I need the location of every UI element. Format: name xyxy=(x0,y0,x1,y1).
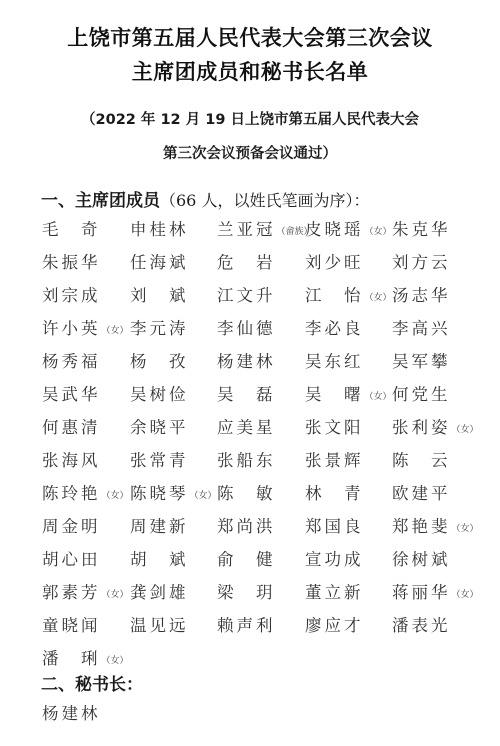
section1-heading-label: 一、主席团成员 xyxy=(41,191,160,211)
member-name-text: 刘宗成 xyxy=(42,286,101,305)
document-subtitle-line1: （2022 年 12 月 19 日上饶市第五届人民代表大会 xyxy=(0,108,500,129)
member-name: 吴武华 xyxy=(42,383,101,407)
member-name: 蒋丽华（女） xyxy=(392,581,479,607)
member-note: （女） xyxy=(452,524,479,534)
section1-heading: 一、主席团成员（66 人，以姓氏笔画为序）： xyxy=(41,186,369,211)
member-row: 杨秀福杨 孜杨建林吴东红吴军攀 xyxy=(42,350,500,383)
member-row: 朱振华任海斌危 岩刘少旺刘方云 xyxy=(42,251,500,284)
member-name: 董立新 xyxy=(305,581,364,605)
member-name: 陈 敏 xyxy=(217,482,276,506)
member-name: 吴东红 xyxy=(305,350,364,374)
member-name: 吴 曙（女） xyxy=(305,383,392,409)
member-name-text: 李必良 xyxy=(305,319,364,338)
member-name-text: 何党生 xyxy=(392,385,451,404)
member-row: 胡心田胡 斌俞 健宣功成徐树斌 xyxy=(42,548,500,581)
member-name-text: 胡心田 xyxy=(42,550,101,569)
member-name-text: 许小英 xyxy=(42,319,101,338)
member-note: （女） xyxy=(365,227,392,237)
document-title-line1: 上饶市第五届人民代表大会第三次会议 xyxy=(0,22,500,52)
member-name: 温见远 xyxy=(130,614,189,638)
member-name-text: 陈 敏 xyxy=(217,484,276,503)
member-name: 江文升 xyxy=(217,284,276,308)
member-name-text: 申桂林 xyxy=(130,220,189,239)
member-name: 朱振华 xyxy=(42,251,101,275)
member-name-text: 吴 磊 xyxy=(217,385,276,404)
member-name-text: 任海斌 xyxy=(130,253,189,272)
member-note: （女） xyxy=(365,293,392,303)
member-name-text: 吴 曙 xyxy=(305,385,364,404)
member-name-text: 江 怡 xyxy=(305,286,364,305)
member-name: 徐树斌 xyxy=(392,548,451,572)
member-name: 何党生 xyxy=(392,383,451,407)
member-name-text: 周建新 xyxy=(130,517,189,536)
member-note: （女） xyxy=(190,491,217,501)
member-name: 李高兴 xyxy=(392,317,451,341)
member-name-text: 汤志华 xyxy=(392,286,451,305)
member-name: 陈玲艳（女） xyxy=(42,482,129,508)
member-row: 周金明周建新郑尚洪郑国良郑艳斐（女） xyxy=(42,515,500,548)
member-name-text: 吴东红 xyxy=(305,352,364,371)
member-name: 张景辉 xyxy=(305,449,364,473)
member-name: 刘少旺 xyxy=(305,251,364,275)
member-name-text: 欧建平 xyxy=(392,484,451,503)
member-name-text: 廖应才 xyxy=(305,616,364,635)
member-note: （女） xyxy=(102,590,129,600)
member-name: 江 怡（女） xyxy=(305,284,392,310)
member-row: 陈玲艳（女）陈晓琴（女）陈 敏林 青欧建平 xyxy=(42,482,500,515)
member-name: 余晓平 xyxy=(130,416,189,440)
member-name-text: 俞 健 xyxy=(217,550,276,569)
member-name-text: 刘方云 xyxy=(392,253,451,272)
member-name: 胡心田 xyxy=(42,548,101,572)
member-note: （女） xyxy=(452,425,479,435)
member-name: 欧建平 xyxy=(392,482,451,506)
member-name-text: 郑尚洪 xyxy=(217,517,276,536)
member-name: 胡 斌 xyxy=(130,548,189,572)
member-name: 赖声利 xyxy=(217,614,276,638)
member-name-text: 兰亚冠 xyxy=(217,220,276,239)
member-name: 宣功成 xyxy=(305,548,364,572)
member-name-text: 皮晓瑶 xyxy=(305,220,364,239)
member-note: （女） xyxy=(452,590,479,600)
member-row: 许小英（女）李元涛李仙德李必良李高兴 xyxy=(42,317,500,350)
member-name-text: 郑国良 xyxy=(305,517,364,536)
member-name: 何惠清 xyxy=(42,416,101,440)
member-name-text: 陈 云 xyxy=(392,451,451,470)
member-name: 皮晓瑶（女） xyxy=(305,218,392,244)
member-name-text: 吴武华 xyxy=(42,385,101,404)
member-name-text: 张文阳 xyxy=(305,418,364,437)
member-name-text: 胡 斌 xyxy=(130,550,189,569)
member-name: 吴树俭 xyxy=(130,383,189,407)
member-name-text: 张海风 xyxy=(42,451,101,470)
member-name: 潘表光 xyxy=(392,614,451,638)
member-name-text: 赖声利 xyxy=(217,616,276,635)
member-name: 龚剑雄 xyxy=(130,581,189,605)
member-name-text: 杨建林 xyxy=(217,352,276,371)
member-name: 兰亚冠（畲族） xyxy=(217,218,313,244)
member-name-text: 龚剑雄 xyxy=(130,583,189,602)
member-name-text: 郑艳斐 xyxy=(392,517,451,536)
member-row: 吴武华吴树俭吴 磊吴 曙（女）何党生 xyxy=(42,383,500,416)
member-name: 吴 磊 xyxy=(217,383,276,407)
member-name-text: 余晓平 xyxy=(130,418,189,437)
member-name: 俞 健 xyxy=(217,548,276,572)
member-row: 毛 奇申桂林兰亚冠（畲族）皮晓瑶（女）朱克华 xyxy=(42,218,500,251)
member-note: （女） xyxy=(365,392,392,402)
member-name: 廖应才 xyxy=(305,614,364,638)
member-name: 刘方云 xyxy=(392,251,451,275)
member-name: 刘宗成 xyxy=(42,284,101,308)
member-name-text: 吴树俭 xyxy=(130,385,189,404)
member-name: 杨秀福 xyxy=(42,350,101,374)
member-name: 陈 云 xyxy=(392,449,451,473)
member-name: 周金明 xyxy=(42,515,101,539)
member-name: 毛 奇 xyxy=(42,218,101,242)
member-row: 刘宗成刘 斌江文升江 怡（女）汤志华 xyxy=(42,284,500,317)
member-name-text: 徐树斌 xyxy=(392,550,451,569)
member-name: 林 青 xyxy=(305,482,364,506)
member-name-text: 张景辉 xyxy=(305,451,364,470)
member-name: 任海斌 xyxy=(130,251,189,275)
member-name: 朱克华 xyxy=(392,218,451,242)
member-name: 许小英（女） xyxy=(42,317,129,343)
member-name: 张船东 xyxy=(217,449,276,473)
member-row: 何惠清余晓平应美星张文阳张利姿（女） xyxy=(42,416,500,449)
member-name-text: 朱克华 xyxy=(392,220,451,239)
member-name-text: 刘 斌 xyxy=(130,286,189,305)
member-row: 童晓闻温见远赖声利廖应才潘表光 xyxy=(42,614,500,647)
member-name: 张海风 xyxy=(42,449,101,473)
member-name: 应美星 xyxy=(217,416,276,440)
member-row: 张海风张常青张船东张景辉陈 云 xyxy=(42,449,500,482)
member-name: 李必良 xyxy=(305,317,364,341)
member-row: 郭素芳（女）龚剑雄梁 玥董立新蒋丽华（女） xyxy=(42,581,500,614)
member-name-text: 江文升 xyxy=(217,286,276,305)
member-name: 郑尚洪 xyxy=(217,515,276,539)
member-name: 杨建林 xyxy=(217,350,276,374)
member-name: 汤志华 xyxy=(392,284,451,308)
member-name: 陈晓琴（女） xyxy=(130,482,217,508)
member-name: 周建新 xyxy=(130,515,189,539)
member-name: 郭素芳（女） xyxy=(42,581,129,607)
document-title-line2: 主席团成员和秘书长名单 xyxy=(0,56,500,86)
member-name: 吴军攀 xyxy=(392,350,451,374)
member-name-text: 林 青 xyxy=(305,484,364,503)
member-name-text: 李元涛 xyxy=(130,319,189,338)
member-name-text: 宣功成 xyxy=(305,550,364,569)
member-note: （女） xyxy=(102,491,129,501)
member-name-text: 蒋丽华 xyxy=(392,583,451,602)
member-name: 申桂林 xyxy=(130,218,189,242)
member-name-text: 张船东 xyxy=(217,451,276,470)
member-name-text: 童晓闻 xyxy=(42,616,101,635)
member-note: （女） xyxy=(102,656,129,666)
member-name: 张利姿（女） xyxy=(392,416,479,442)
member-name: 张文阳 xyxy=(305,416,364,440)
member-name-text: 郭素芳 xyxy=(42,583,101,602)
member-name-text: 毛 奇 xyxy=(42,220,101,239)
member-name-text: 陈玲艳 xyxy=(42,484,101,503)
member-name-text: 陈晓琴 xyxy=(130,484,189,503)
member-name: 杨 孜 xyxy=(130,350,189,374)
section1-heading-note: （66 人，以姓氏笔画为序）： xyxy=(160,191,369,210)
member-name: 梁 玥 xyxy=(217,581,276,605)
presidium-member-list: 毛 奇申桂林兰亚冠（畲族）皮晓瑶（女）朱克华朱振华任海斌危 岩刘少旺刘方云刘宗成… xyxy=(42,218,500,680)
member-name-text: 吴军攀 xyxy=(392,352,451,371)
member-name-text: 应美星 xyxy=(217,418,276,437)
member-name-text: 周金明 xyxy=(42,517,101,536)
member-name: 危 岩 xyxy=(217,251,276,275)
section2-heading-label: 二、秘书长： xyxy=(41,675,143,695)
member-name-text: 危 岩 xyxy=(217,253,276,272)
member-name-text: 杨秀福 xyxy=(42,352,101,371)
member-name: 童晓闻 xyxy=(42,614,101,638)
member-name-text: 朱振华 xyxy=(42,253,101,272)
secretary-general-name: 杨建林 xyxy=(42,700,101,724)
member-name-text: 李高兴 xyxy=(392,319,451,338)
member-name-text: 张利姿 xyxy=(392,418,451,437)
member-name: 刘 斌 xyxy=(130,284,189,308)
member-name-text: 李仙德 xyxy=(217,319,276,338)
member-name: 李元涛 xyxy=(130,317,189,341)
member-note: （女） xyxy=(102,326,129,336)
member-name: 郑艳斐（女） xyxy=(392,515,479,541)
section2-heading: 二、秘书长： xyxy=(41,670,143,695)
member-name-text: 温见远 xyxy=(130,616,189,635)
member-name-text: 梁 玥 xyxy=(217,583,276,602)
document-subtitle-line2: 第三次会议预备会议通过） xyxy=(0,142,500,163)
member-name-text: 杨 孜 xyxy=(130,352,189,371)
member-name-text: 刘少旺 xyxy=(305,253,364,272)
member-name-text: 董立新 xyxy=(305,583,364,602)
member-name-text: 何惠清 xyxy=(42,418,101,437)
member-name: 郑国良 xyxy=(305,515,364,539)
member-name: 张常青 xyxy=(130,449,189,473)
member-name-text: 潘表光 xyxy=(392,616,451,635)
member-name-text: 潘 琍 xyxy=(42,649,101,668)
member-name: 李仙德 xyxy=(217,317,276,341)
member-name-text: 张常青 xyxy=(130,451,189,470)
